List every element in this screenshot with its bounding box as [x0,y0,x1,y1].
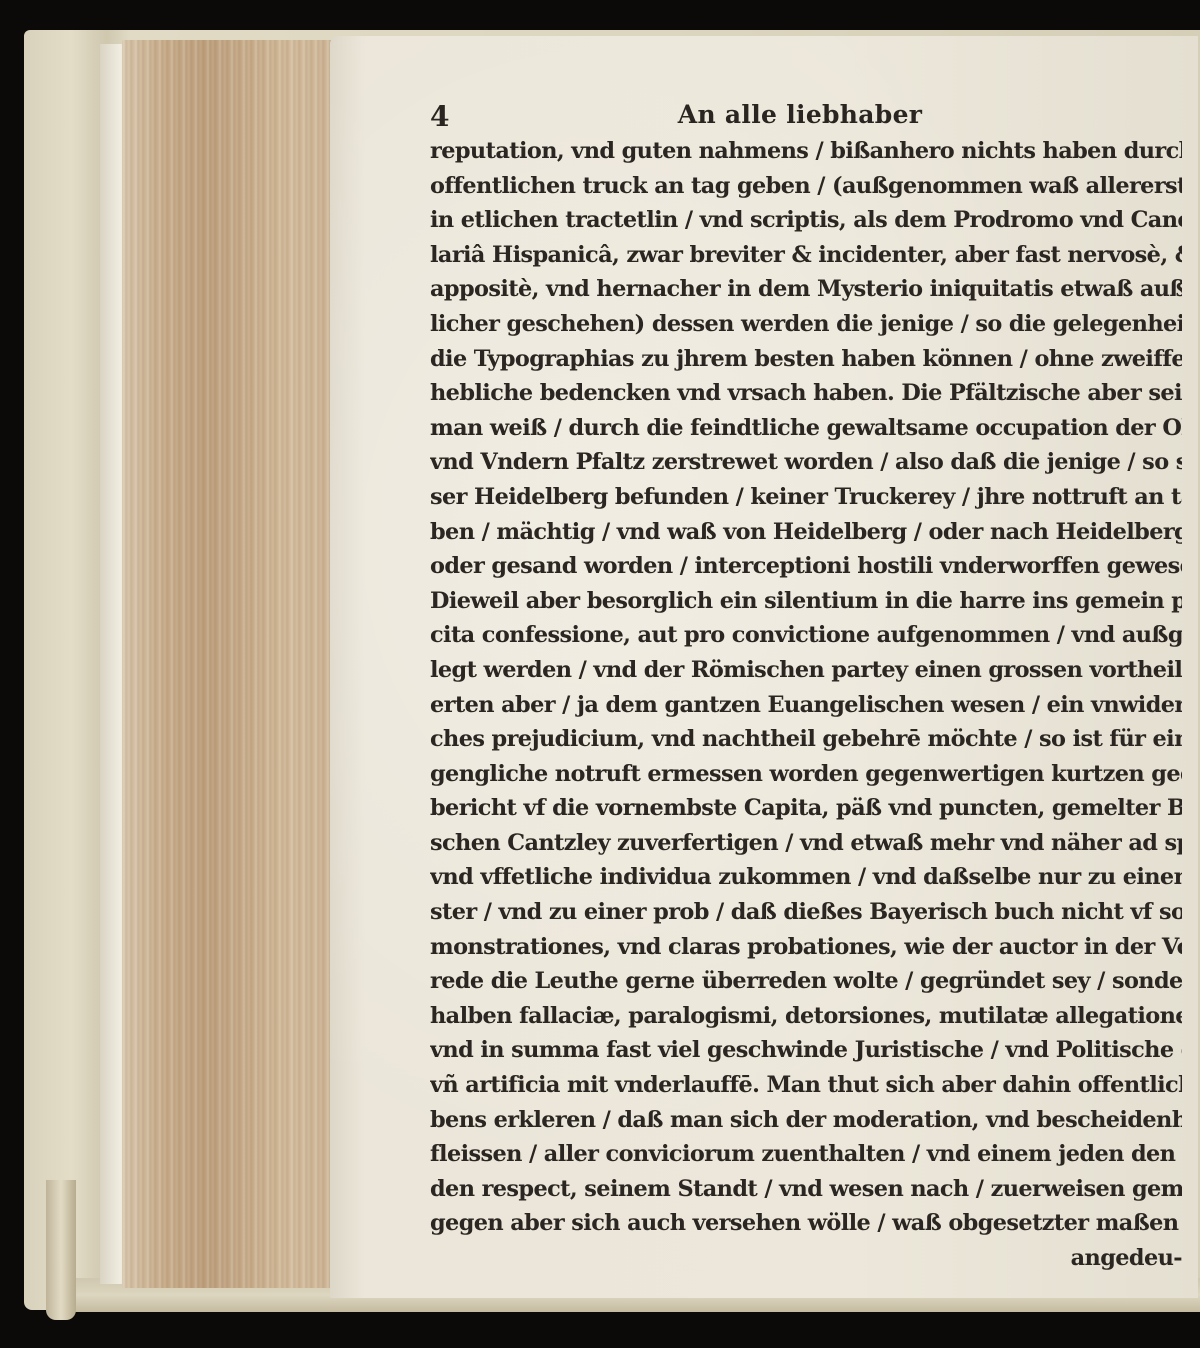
vellum-cover-fold [46,1180,76,1320]
running-head-title: An alle liebhaber [430,100,1170,129]
text-line: ches prejudicium, vnd nachtheil gebehrē … [430,722,1182,757]
text-line: ben / mächtig / vnd waß von Heidelberg /… [430,515,1182,550]
text-line: vnd vffetliche individua zukommen / vnd … [430,860,1182,895]
text-line: gengliche notruft ermessen worden gegenw… [430,757,1182,792]
text-line: hebliche bedencken vnd vrsach haben. Die… [430,376,1182,411]
text-line: den respect, seinem Standt / vnd wesen n… [430,1172,1182,1207]
text-line: schen Cantzley zuverfertigen / vnd etwaß… [430,826,1182,861]
text-line: cita confessione, aut pro convictione au… [430,618,1182,653]
catchword: angedeu- [430,1241,1182,1276]
text-line: vñ artificia mit vnderlauffē. Man thut s… [430,1068,1182,1103]
text-line: monstrationes, vnd claras probationes, w… [430,930,1182,965]
text-line: halben fallaciæ, paralogismi, detorsione… [430,999,1182,1034]
text-line: bericht vf die vornembste Capita, päß vn… [430,791,1182,826]
text-line: gegen aber sich auch versehen wölle / wa… [430,1206,1182,1241]
text-line: licher geschehen) dessen werden die jeni… [430,307,1182,342]
text-line: in etlichen tractetlin / vnd scriptis, a… [430,203,1182,238]
text-line: ster / vnd zu einer prob / daß dießes Ba… [430,895,1182,930]
text-line: bens erkleren / daß man sich der moderat… [430,1103,1182,1138]
text-line: legt werden / vnd der Römischen partey e… [430,653,1182,688]
text-line: lariâ Hispanicâ, zwar breviter & inciden… [430,238,1182,273]
body-text: reputation, vnd guten nahmens / bißanher… [430,134,1182,1276]
text-line: erten aber / ja dem gantzen Euangelische… [430,688,1182,723]
text-line: vnd Vndern Pfaltz zerstrewet worden / al… [430,445,1182,480]
text-line: die Typographias zu jhrem besten haben k… [430,342,1182,377]
text-line: offentlichen truck an tag geben / (außge… [430,169,1182,204]
text-line: vnd in summa fast viel geschwinde Jurist… [430,1033,1182,1068]
text-line: oder gesand worden / interceptioni hosti… [430,549,1182,584]
text-line: fleissen / aller conviciorum zuenthalten… [430,1137,1182,1172]
text-line: rede die Leuthe gerne überreden wolte / … [430,964,1182,999]
text-line: Dieweil aber besorglich ein silentium in… [430,584,1182,619]
text-line: appositè, vnd hernacher in dem Mysterio … [430,272,1182,307]
text-line: reputation, vnd guten nahmens / bißanher… [430,134,1182,169]
text-line: man weiß / durch die feindtliche gewalts… [430,411,1182,446]
page-block-edges [122,40,334,1288]
text-line: ser Heidelberg befunden / keiner Trucker… [430,480,1182,515]
